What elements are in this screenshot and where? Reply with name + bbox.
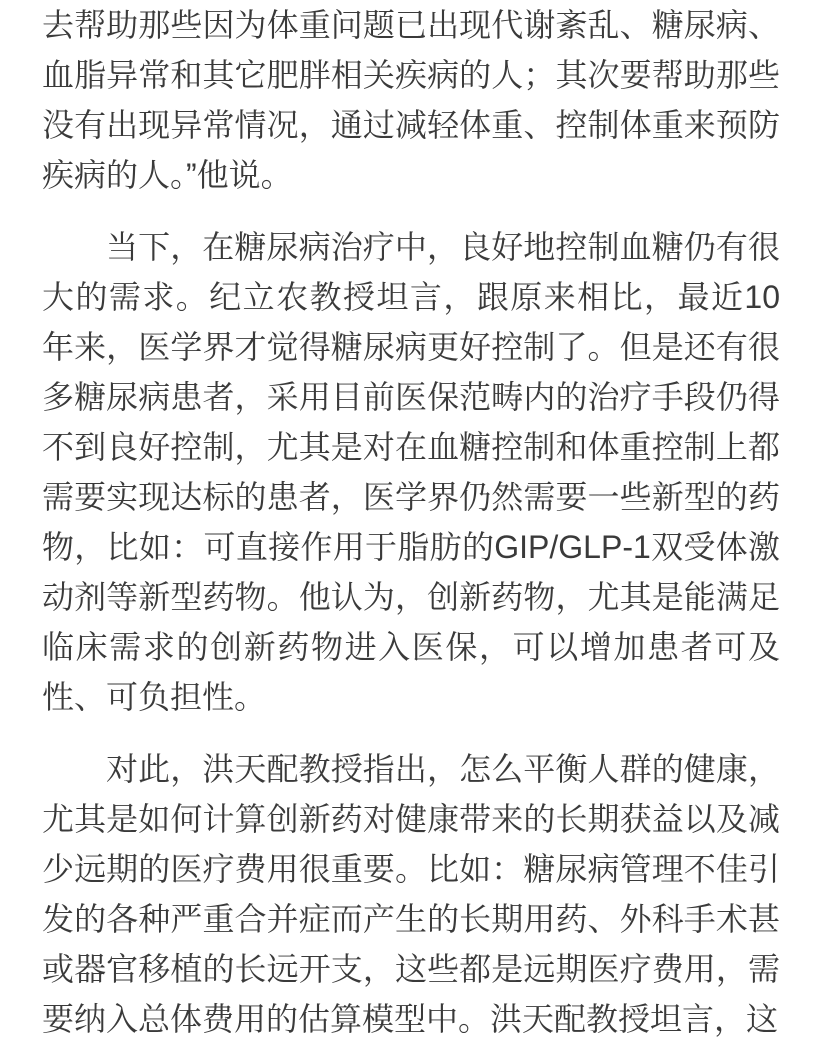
article-paragraph-health-economics: 对此，洪天配教授指出，怎么平衡人群的健康，尤其是如何计算创新药对健康带来的长期获… bbox=[42, 744, 780, 1038]
article-paragraph-diabetes-treatment: 当下，在糖尿病治疗中，良好地控制血糖仍有很大的需求。纪立农教授坦言，跟原来相比，… bbox=[42, 222, 780, 722]
article-paragraph-quote-continuation: 去帮助那些因为体重问题已出现代谢紊乱、糖尿病、血脂异常和其它肥胖相关疾病的人；其… bbox=[42, 0, 780, 200]
article-page: 去帮助那些因为体重问题已出现代谢紊乱、糖尿病、血脂异常和其它肥胖相关疾病的人；其… bbox=[0, 0, 780, 1038]
